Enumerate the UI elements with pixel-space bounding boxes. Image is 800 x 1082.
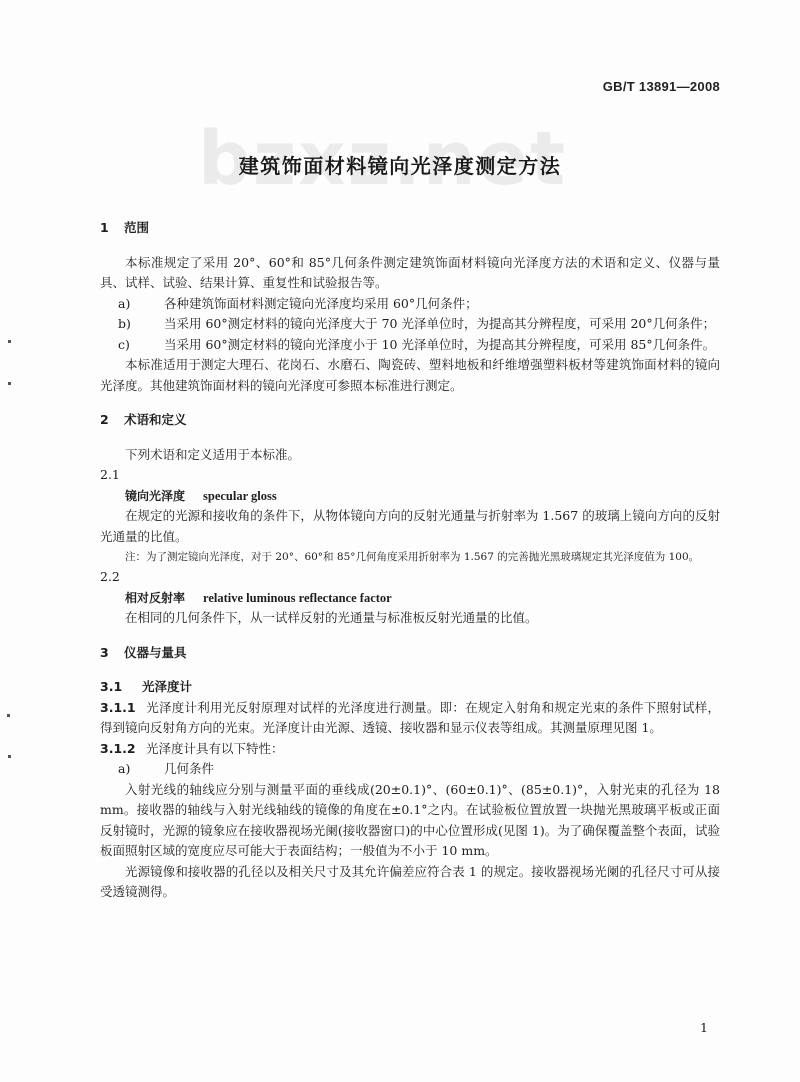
term-relative-reflectance: 相对反射率relative luminous reflectance facto… (100, 588, 720, 609)
document-page: GB/T 13891—2008 bzxz.net 建筑饰面材料镜向光泽度测定方法… (0, 0, 800, 1082)
section-title: 仪器与量具 (124, 645, 187, 660)
section-heading-instruments: 3仪器与量具 (100, 643, 720, 664)
section-number: 3 (100, 643, 124, 664)
scan-mark (7, 714, 10, 717)
scan-mark (8, 755, 11, 758)
term-definition: 在规定的光源和接收角的条件下，从物体镜向方向的反射光通量与折射率为 1.567 … (100, 506, 720, 547)
paragraph: 本标准规定了采用 20°、60°和 85°几何条件测定建筑饰面材料镜向光泽度方法… (100, 253, 720, 294)
standard-code: GB/T 13891—2008 (603, 79, 720, 94)
page-number: 1 (700, 1020, 708, 1035)
list-item: a)各种建筑饰面材料测定镜向光泽度均采用 60°几何条件； (100, 294, 720, 315)
term-number: 2.1 (100, 465, 720, 486)
list-item: a)几何条件 (100, 759, 720, 780)
list-item: b)当采用 60°测定材料的镜向光泽度大于 70 光泽单位时，为提高其分辨程度，… (100, 314, 720, 335)
term-specular-gloss: 镜向光泽度specular gloss (100, 486, 720, 507)
document-body: 1范围 本标准规定了采用 20°、60°和 85°几何条件测定建筑饰面材料镜向光… (100, 218, 720, 903)
paragraph: 入射光线的轴线应分别与测量平面的垂线成(20±0.1)°、(60±0.1)°、(… (100, 780, 720, 862)
scan-mark (8, 382, 11, 385)
section-heading-scope: 1范围 (100, 218, 720, 239)
term-definition: 在相同的几何条件下，从一试样反射的光通量与标准板反射光通量的比值。 (100, 608, 720, 629)
section-title: 范围 (124, 220, 149, 235)
scan-mark (8, 340, 11, 343)
clause-3-1-2: 3.1.2光泽度计具有以下特性： (100, 739, 720, 760)
section-title: 术语和定义 (124, 412, 187, 427)
paragraph: 本标准适用于测定大理石、花岗石、水磨石、陶瓷砖、塑料地板和纤维增强塑料板材等建筑… (100, 355, 720, 396)
list-item: c)当采用 60°测定材料的镜向光泽度小于 10 光泽单位时，为提高其分辨程度，… (100, 335, 720, 356)
paragraph: 下列术语和定义适用于本标准。 (100, 445, 720, 466)
section-number: 1 (100, 218, 124, 239)
clause-3-1-1: 3.1.1光泽度计利用光反射原理对试样的光泽度进行测量。即：在规定入射角和规定光… (100, 698, 720, 739)
note: 注：为了测定镜向光泽度，对于 20°、60°和 85°几何角度采用折射率为 1.… (100, 547, 720, 567)
document-title: 建筑饰面材料镜向光泽度测定方法 (0, 150, 800, 179)
term-number: 2.2 (100, 567, 720, 588)
section-number: 2 (100, 410, 124, 431)
paragraph: 光源镜像和接收器的孔径以及相关尺寸及其允许偏差应符合表 1 的规定。接收器视场光… (100, 862, 720, 903)
section-heading-terms: 2术语和定义 (100, 410, 720, 431)
subsection-heading: 3.1光泽度计 (100, 677, 720, 698)
